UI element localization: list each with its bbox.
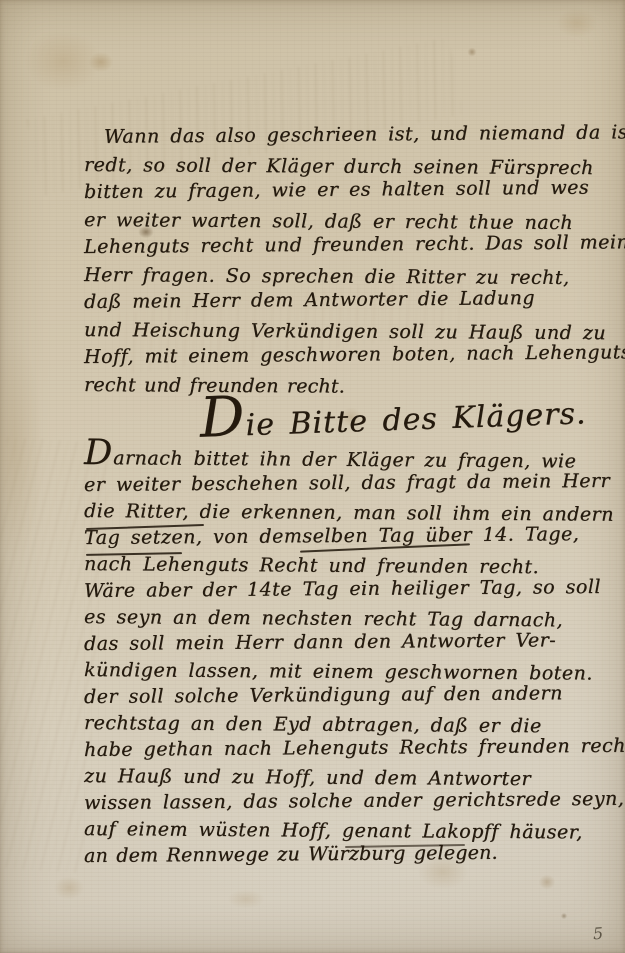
manuscript-line: Tag setzen, von demselben Tag über 14. T… (84, 521, 584, 551)
manuscript-line: bitten zu fragen, wie er es halten soll … (84, 175, 584, 207)
page-number: 5 (592, 924, 603, 944)
section-heading: Die Bitte des Klägers. (199, 394, 584, 447)
opening-paragraph: Wann das also geschrieen ist, und nieman… (84, 124, 584, 399)
stain (536, 872, 558, 892)
manuscript-line: das soll mein Herr dann den Antworter Ve… (84, 627, 584, 657)
stain (466, 46, 478, 58)
manuscript-line: Wann das also geschrieen ist, und nieman… (84, 120, 584, 152)
stain (220, 886, 272, 912)
manuscript-line: wissen lassen, das solche ander gerichts… (84, 786, 584, 816)
manuscript-line: Hoff, mit einem geschworen boten, nach L… (84, 340, 584, 372)
manuscript-page: Wann das also geschrieen ist, und nieman… (0, 0, 625, 953)
manuscript-line: der soll solche Verkündigung auf den and… (84, 680, 584, 710)
stain (84, 48, 118, 76)
stain (560, 912, 568, 920)
stain (0, 300, 52, 600)
stain (8, 18, 118, 104)
stain (48, 872, 90, 904)
manuscript-text-block: Wann das also geschrieen ist, und nieman… (84, 124, 584, 869)
manuscript-line: er weiter beschehen soll, das fragt da m… (84, 468, 584, 498)
manuscript-line: Wäre aber der 14te Tag ein heiliger Tag,… (84, 574, 584, 604)
petition-paragraph: Darnach bittet ihn der Kläger zu fragen,… (84, 445, 584, 869)
manuscript-line: an dem Rennwege zu Würzburg gelegen. (84, 839, 584, 869)
manuscript-line: Lehenguts recht und freunden recht. Das … (84, 230, 584, 262)
manuscript-line: habe gethan nach Lehenguts Rechts freund… (84, 733, 584, 763)
manuscript-line: daß mein Herr dem Antworter die Ladung (84, 285, 584, 317)
stain (548, 2, 606, 44)
